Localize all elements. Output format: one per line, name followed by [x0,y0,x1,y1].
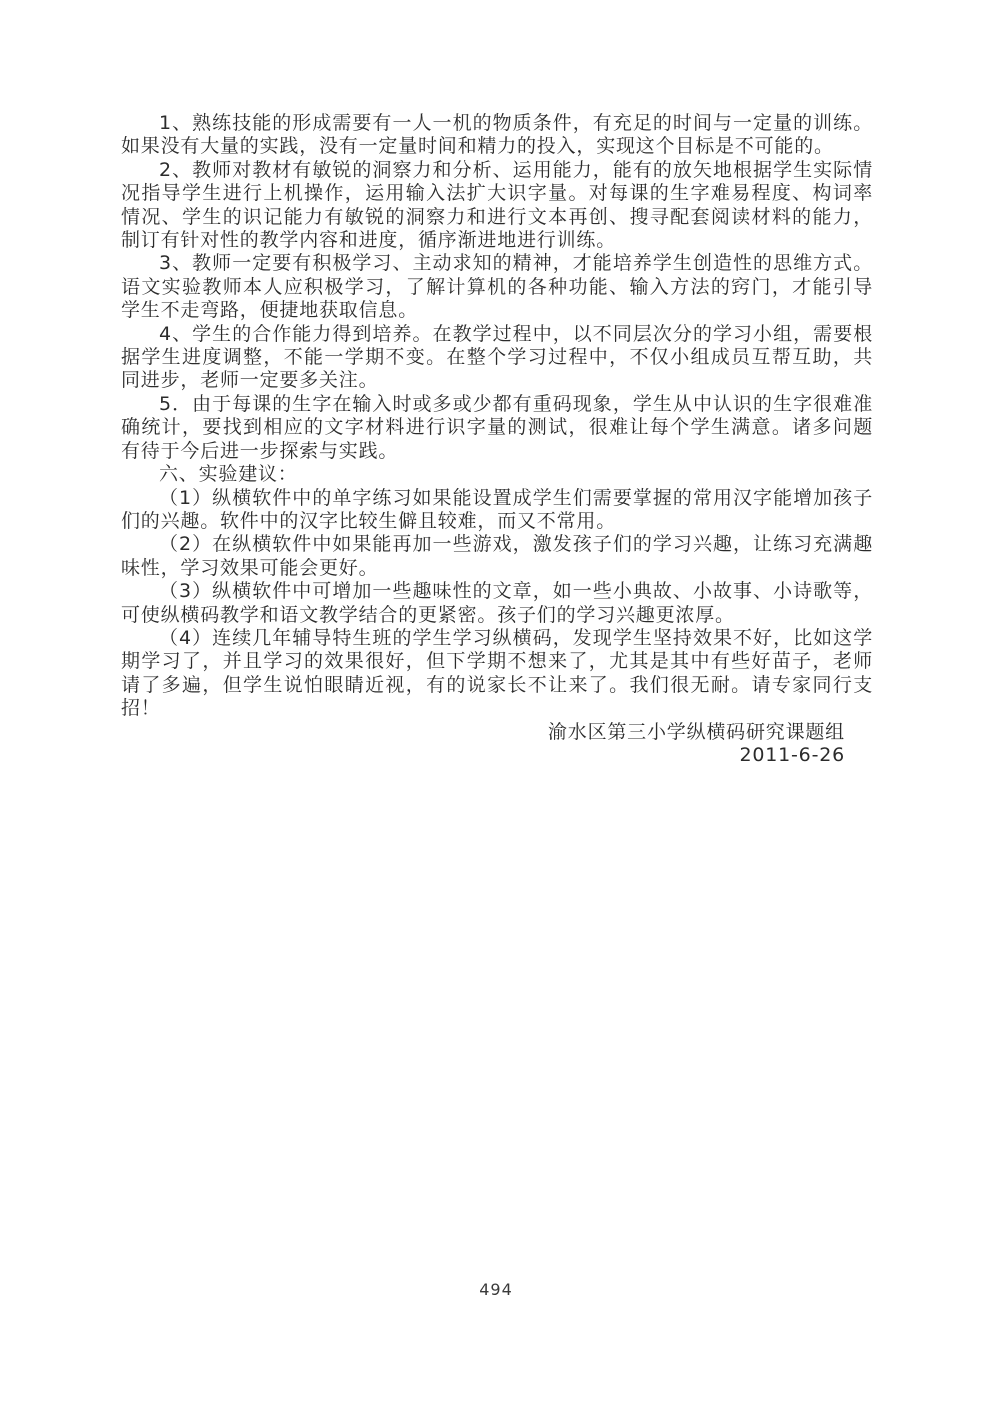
suggestion-2: （2）在纵横软件中如果能再加一些游戏，激发孩子们的学习兴趣，让练习充满趣味性，学… [121,533,873,580]
suggestion-4: （4）连续几年辅导特生班的学生学习纵横码，发现学生坚持效果不好，比如这学期学习了… [121,627,873,721]
document-body: 1、熟练技能的形成需要有一人一机的物质条件，有充足的时间与一定量的训练。如果没有… [121,112,873,767]
page-number: 494 [0,1280,992,1299]
suggestion-3: （3）纵横软件中可增加一些趣味性的文章，如一些小典故、小故事、小诗歌等，可使纵横… [121,580,873,627]
paragraph-4: 4、学生的合作能力得到培养。在教学过程中，以不同层次分的学习小组，需要根据学生进… [121,323,873,393]
suggestion-1: （1）纵横软件中的单字练习如果能设置成学生们需要掌握的常用汉字能增加孩子们的兴趣… [121,487,873,534]
section-heading: 六、实验建议： [121,463,873,486]
document-page: 1、熟练技能的形成需要有一人一机的物质条件，有充足的时间与一定量的训练。如果没有… [0,0,992,1403]
paragraph-1: 1、熟练技能的形成需要有一人一机的物质条件，有充足的时间与一定量的训练。如果没有… [121,112,873,159]
paragraph-3: 3、教师一定要有积极学习、主动求知的精神，才能培养学生创造性的思维方式。语文实验… [121,252,873,322]
date-line: 2011-6-26 [121,744,873,767]
paragraph-5: 5．由于每课的生字在输入时或多或少都有重码现象，学生从中认识的生字很难准确统计，… [121,393,873,463]
signature-line: 渝水区第三小学纵横码研究课题组 [121,721,873,744]
paragraph-2: 2、教师对教材有敏锐的洞察力和分析、运用能力，能有的放矢地根据学生实际情况指导学… [121,159,873,253]
